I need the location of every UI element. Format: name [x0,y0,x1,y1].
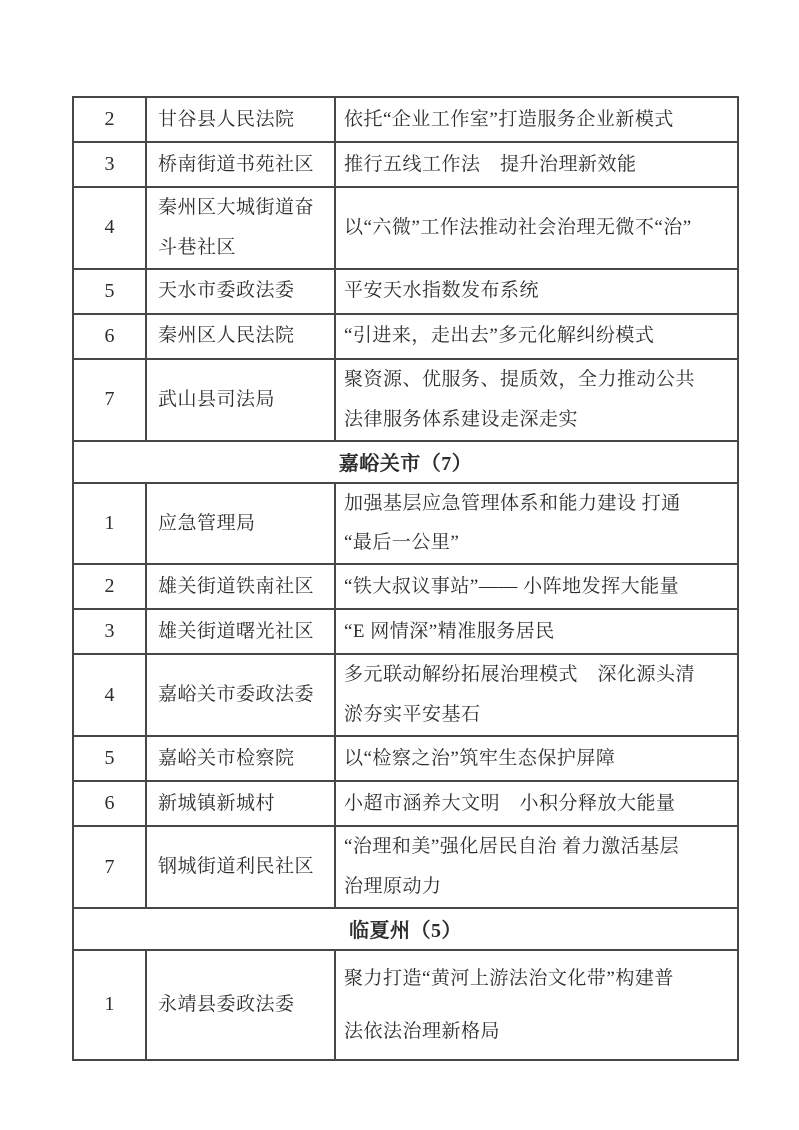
project-title: 推行五线工作法 提升治理新效能 [335,142,738,187]
awards-table-body: 2甘谷县人民法院依托“企业工作室”打造服务企业新模式3桥南街道书苑社区推行五线工… [73,97,738,1060]
table-row: 3桥南街道书苑社区推行五线工作法 提升治理新效能 [73,142,738,187]
table-row: 5嘉峪关市检察院以“检察之治”筑牢生态保护屏障 [73,736,738,781]
project-title: 聚资源、优服务、提质效，全力推动公共 法律服务体系建设走深走实 [335,359,738,441]
project-title: 以“六微”工作法推动社会治理无微不“治” [335,187,738,269]
table-row: 7钢城街道利民社区“治理和美”强化居民自治 着力激活基层 治理原动力 [73,826,738,908]
row-number: 6 [73,781,146,826]
org-name: 雄关街道曙光社区 [146,609,335,654]
project-title: 加强基层应急管理体系和能力建设 打通 “最后一公里” [335,483,738,565]
row-number: 1 [73,483,146,565]
project-title: “铁大叔议事站”—— 小阵地发挥大能量 [335,564,738,609]
table-row: 7武山县司法局聚资源、优服务、提质效，全力推动公共 法律服务体系建设走深走实 [73,359,738,441]
project-title: 多元联动解纷拓展治理模式 深化源头清 淤夯实平安基石 [335,654,738,736]
org-name: 武山县司法局 [146,359,335,441]
org-name: 桥南街道书苑社区 [146,142,335,187]
row-number: 2 [73,564,146,609]
table-row: 4嘉峪关市委政法委多元联动解纷拓展治理模式 深化源头清 淤夯实平安基石 [73,654,738,736]
table-row: 6秦州区人民法院“引进来，走出去”多元化解纠纷模式 [73,314,738,359]
project-title: “引进来，走出去”多元化解纠纷模式 [335,314,738,359]
org-name: 应急管理局 [146,483,335,565]
row-number: 4 [73,187,146,269]
section-title: 嘉峪关市（7） [73,441,738,483]
project-title: “E 网情深”精准服务居民 [335,609,738,654]
project-title: 以“检察之治”筑牢生态保护屏障 [335,736,738,781]
table-row: 2甘谷县人民法院依托“企业工作室”打造服务企业新模式 [73,97,738,142]
document-page: 2甘谷县人民法院依托“企业工作室”打造服务企业新模式3桥南街道书苑社区推行五线工… [0,0,799,1130]
table-row: 3雄关街道曙光社区“E 网情深”精准服务居民 [73,609,738,654]
row-number: 1 [73,950,146,1060]
org-name: 雄关街道铁南社区 [146,564,335,609]
awards-table: 2甘谷县人民法院依托“企业工作室”打造服务企业新模式3桥南街道书苑社区推行五线工… [72,96,739,1061]
project-title: “治理和美”强化居民自治 着力激活基层 治理原动力 [335,826,738,908]
table-row: 5天水市委政法委平安天水指数发布系统 [73,269,738,314]
table-row: 1应急管理局加强基层应急管理体系和能力建设 打通 “最后一公里” [73,483,738,565]
table-row: 4秦州区大城街道奋 斗巷社区以“六微”工作法推动社会治理无微不“治” [73,187,738,269]
org-name: 永靖县委政法委 [146,950,335,1060]
org-name: 钢城街道利民社区 [146,826,335,908]
row-number: 5 [73,269,146,314]
row-number: 6 [73,314,146,359]
org-name: 秦州区人民法院 [146,314,335,359]
org-name: 天水市委政法委 [146,269,335,314]
table-row: 6新城镇新城村小超市涵养大文明 小积分释放大能量 [73,781,738,826]
row-number: 3 [73,609,146,654]
org-name: 嘉峪关市委政法委 [146,654,335,736]
section-header-row: 临夏州（5） [73,908,738,950]
project-title: 平安天水指数发布系统 [335,269,738,314]
project-title: 小超市涵养大文明 小积分释放大能量 [335,781,738,826]
table-row: 1永靖县委政法委聚力打造“黄河上游法治文化带”构建普 法依法治理新格局 [73,950,738,1060]
org-name: 秦州区大城街道奋 斗巷社区 [146,187,335,269]
org-name: 新城镇新城村 [146,781,335,826]
row-number: 7 [73,359,146,441]
project-title: 聚力打造“黄河上游法治文化带”构建普 法依法治理新格局 [335,950,738,1060]
section-header-row: 嘉峪关市（7） [73,441,738,483]
table-row: 2雄关街道铁南社区“铁大叔议事站”—— 小阵地发挥大能量 [73,564,738,609]
project-title: 依托“企业工作室”打造服务企业新模式 [335,97,738,142]
row-number: 2 [73,97,146,142]
org-name: 嘉峪关市检察院 [146,736,335,781]
section-title: 临夏州（5） [73,908,738,950]
row-number: 3 [73,142,146,187]
row-number: 4 [73,654,146,736]
org-name: 甘谷县人民法院 [146,97,335,142]
row-number: 7 [73,826,146,908]
row-number: 5 [73,736,146,781]
